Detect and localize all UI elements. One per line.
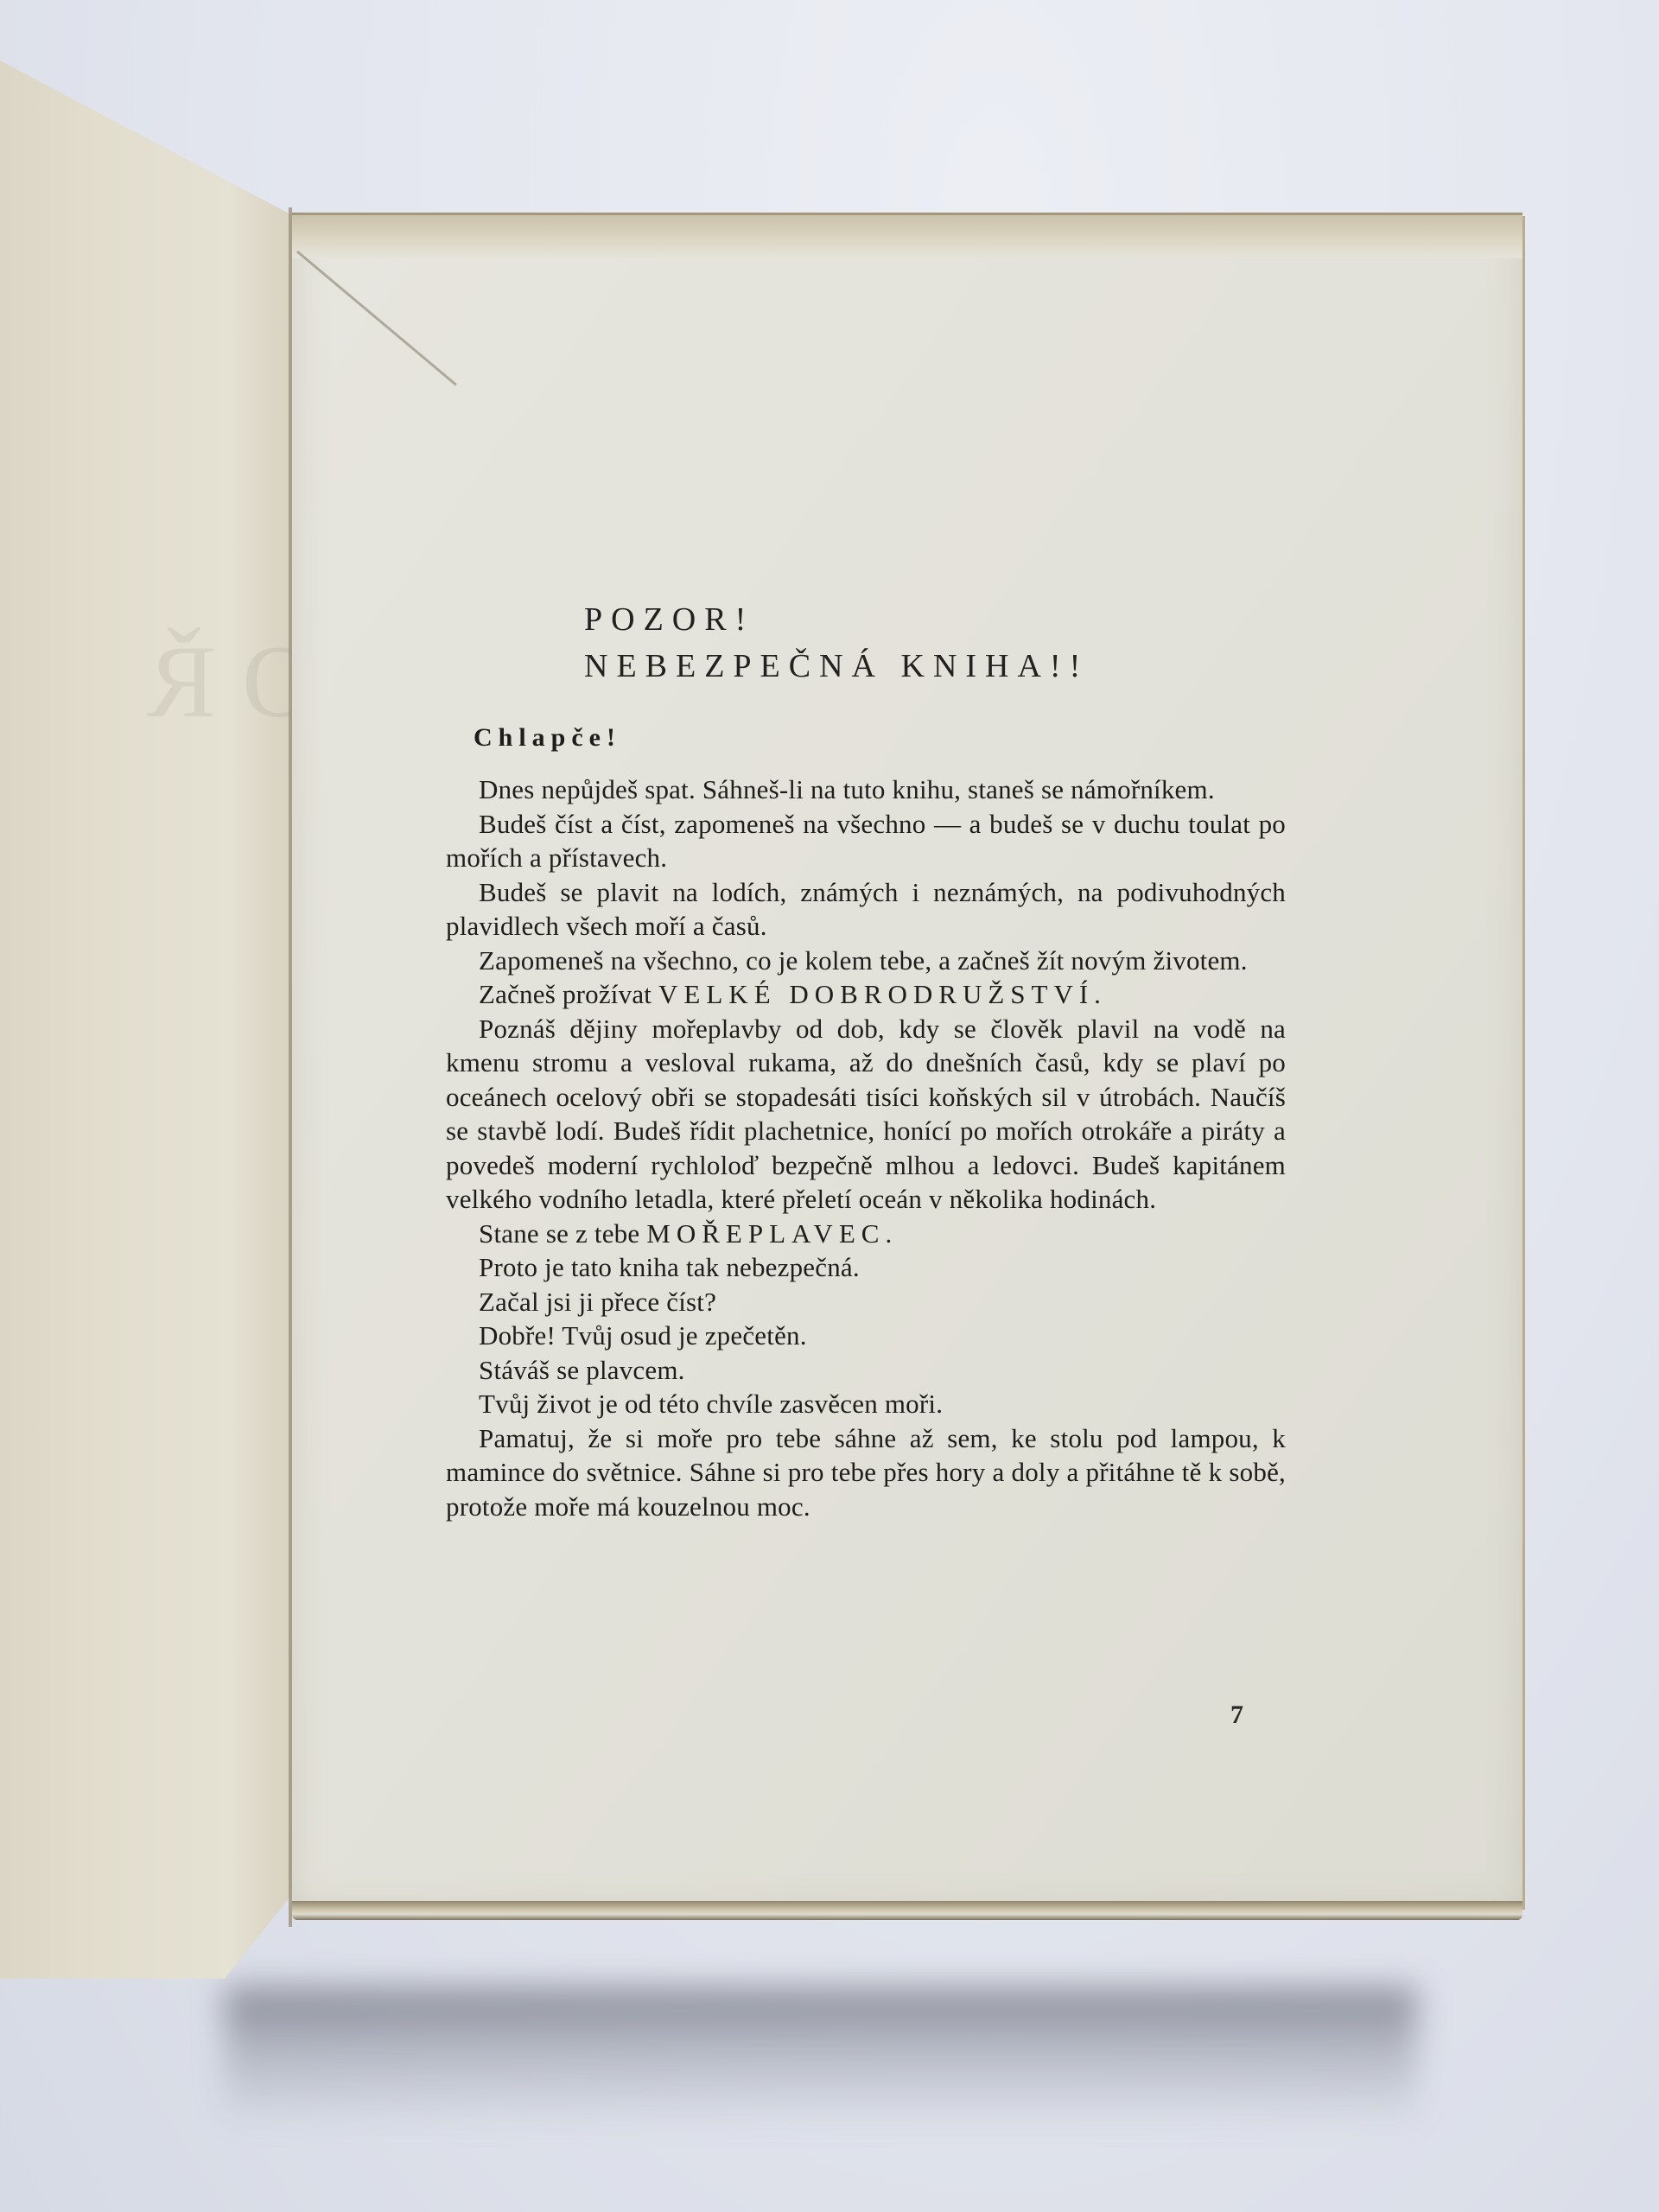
paragraph-text: Začneš prožívat [479,979,658,1009]
left-page [0,60,297,1979]
paragraph-text: . [885,1218,892,1249]
paragraph: Proto je tato kniha tak nebezpečná. [446,1250,1286,1285]
book-gutter [289,207,292,1927]
salutation: Chlapče! [474,721,1286,755]
paragraph-text: . [1094,979,1101,1009]
paragraph: Pamatuj, že si moře pro tebe sáhne až se… [446,1421,1286,1524]
page-bottom-edge [292,1901,1522,1920]
page-top-edge [292,213,1522,258]
paragraph: Dobře! Tvůj osud je zpečetěn. [446,1319,1286,1353]
paragraph: Stáváš se plavcem. [446,1353,1286,1388]
paragraph: Dnes nepůjdeš spat. Sáhneš-li na tuto kn… [446,772,1286,807]
paragraph: Budeš číst a číst, zapomeneš na všechno … [446,807,1286,875]
paragraph: Budeš se plavit na lodích, známých i nez… [446,875,1286,944]
heading-line-2: NEBEZPEČNÁ KNIHA!! [584,643,1286,690]
paragraph: Začal jsi ji přece číst? [446,1285,1286,1319]
emphasis-text: VELKÉ DOBRODRUŽSTVÍ [658,979,1094,1009]
page-number: 7 [1230,1700,1243,1730]
emphasis-text: MOŘEPLAVEC [646,1218,885,1249]
paragraph: Zapomeneš na všechno, co je kolem tebe, … [446,944,1286,978]
page-content: POZOR! NEBEZPEČNÁ KNIHA!! Chlapče! Dnes … [446,596,1286,1523]
book-shadow [225,1987,1417,2126]
page-heading: POZOR! NEBEZPEČNÁ KNIHA!! [584,596,1286,690]
paragraph: Začneš prožívat VELKÉ DOBRODRUŽSTVÍ. [446,977,1286,1012]
paragraph: Tvůj život je od této chvíle zasvěcen mo… [446,1387,1286,1421]
paragraph: Poznáš dějiny mořeplavby od dob, kdy se … [446,1012,1286,1217]
paragraph-text: Stane se z tebe [479,1218,646,1249]
paragraph: Stane se z tebe MOŘEPLAVEC. [446,1217,1286,1251]
heading-line-1: POZOR! [584,596,1286,643]
